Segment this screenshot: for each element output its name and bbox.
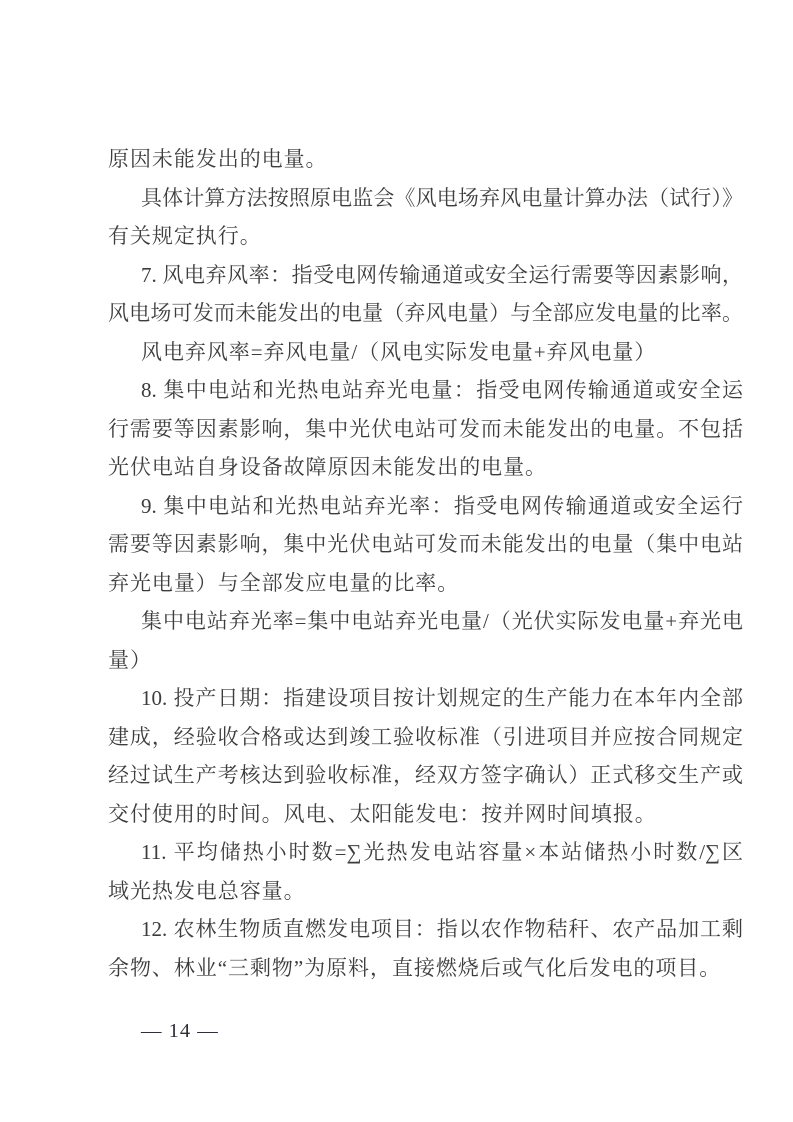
text-line: 量）	[108, 641, 743, 680]
text-line: 域光热发电总容量。	[108, 872, 743, 911]
text-line: 9. 集中电站和光热电站弃光率：指受电网传输通道或安全运行	[108, 487, 743, 526]
text-line: 余物、林业“三剩物”为原料，直接燃烧后或气化后发电的项目。	[108, 949, 743, 988]
text-line: 原因未能发出的电量。	[108, 140, 743, 179]
text-line: 10. 投产日期：指建设项目按计划规定的生产能力在本年内全部	[108, 679, 743, 718]
text-line: 8. 集中电站和光热电站弃光电量：指受电网传输通道或安全运	[108, 371, 743, 410]
text-line: 具体计算方法按照原电监会《风电场弃风电量计算办法（试行）》	[108, 179, 743, 218]
text-line: 光伏电站自身设备故障原因未能发出的电量。	[108, 448, 743, 487]
text-line: 集中电站弃光率=集中电站弃光电量/（光伏实际发电量+弃光电	[108, 602, 743, 641]
text-line: 有关规定执行。	[108, 217, 743, 256]
text-line: 行需要等因素影响，集中光伏电站可发而未能发出的电量。不包括	[108, 410, 743, 449]
text-line: 7. 风电弃风率：指受电网传输通道或安全运行需要等因素影响，	[108, 256, 743, 295]
document-text-block: 原因未能发出的电量。具体计算方法按照原电监会《风电场弃风电量计算办法（试行）》有…	[108, 140, 743, 987]
text-line: 交付使用的时间。风电、太阳能发电：按并网时间填报。	[108, 795, 743, 834]
text-line: 风电弃风率=弃风电量/（风电实际发电量+弃风电量）	[108, 333, 743, 372]
text-line: 风电场可发而未能发出的电量（弃风电量）与全部应发电量的比率。	[108, 294, 743, 333]
text-line: 弃光电量）与全部发应电量的比率。	[108, 564, 743, 603]
document-page: 原因未能发出的电量。具体计算方法按照原电监会《风电场弃风电量计算办法（试行）》有…	[0, 0, 793, 1122]
text-line: 12. 农林生物质直燃发电项目：指以农作物秸秆、农产品加工剩	[108, 910, 743, 949]
text-line: 经过试生产考核达到验收标准，经双方签字确认）正式移交生产或	[108, 756, 743, 795]
text-line: 11. 平均储热小时数=∑光热发电站容量×本站储热小时数/∑区	[108, 833, 743, 872]
page-number: — 14 —	[141, 1020, 219, 1042]
text-line: 建成，经验收合格或达到竣工验收标准（引进项目并应按合同规定	[108, 718, 743, 757]
page-footer: — 14 —	[141, 1016, 219, 1046]
text-line: 需要等因素影响，集中光伏电站可发而未能发出的电量（集中电站	[108, 525, 743, 564]
